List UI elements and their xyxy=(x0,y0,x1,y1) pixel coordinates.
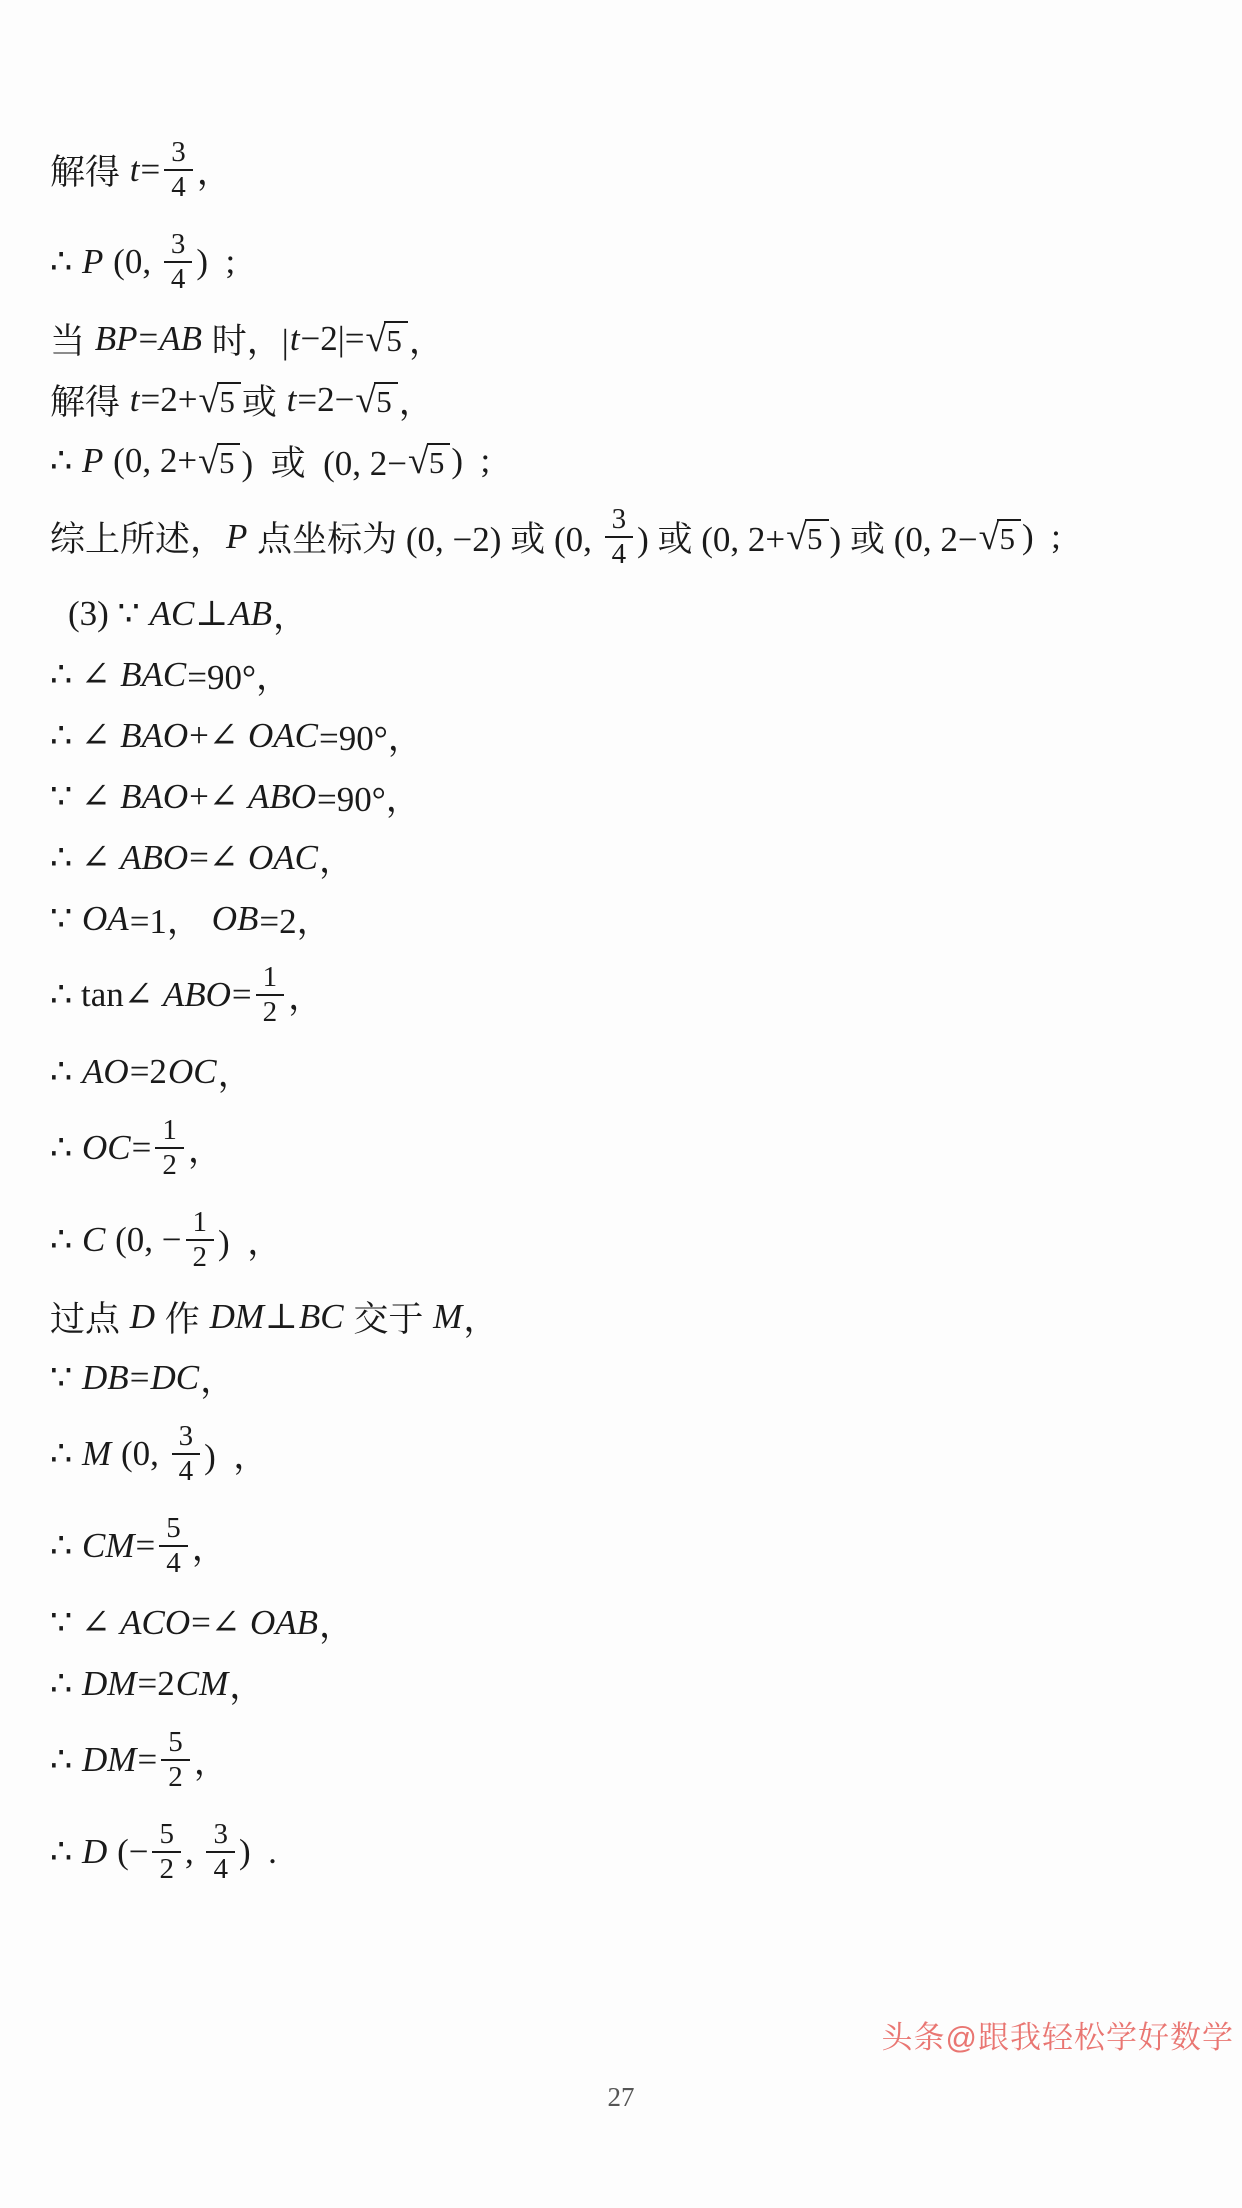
math-variable: M xyxy=(81,1434,112,1474)
solution-text: 解得 t=34，∴ P (0, 34) ;当 BP=AB 时，|t−2|=√5，… xyxy=(50,124,1216,1898)
math-line-construct-dm: 过点 D 作 DM⊥BC 交于 M， xyxy=(50,1286,1216,1347)
math-variable: CM xyxy=(175,1664,230,1704)
text-run: ) ; xyxy=(1022,517,1061,557)
math-variable: ABO xyxy=(119,838,189,878)
text-run: 综上所述， xyxy=(50,512,225,562)
fraction-numerator: 3 xyxy=(164,137,193,171)
fraction: 12 xyxy=(186,1207,215,1274)
text-run: ， xyxy=(192,1521,227,1571)
text-run: (0, 2+ xyxy=(104,441,197,481)
fraction-denominator: 4 xyxy=(612,538,627,570)
fraction-denominator: 2 xyxy=(159,1853,174,1885)
math-variable: OC xyxy=(81,1128,132,1168)
watermark: 头条@跟我轻松学好数学 xyxy=(882,2012,1234,2057)
math-line-p-three-quarters: ∴ P (0, 34) ; xyxy=(50,216,1216,308)
radical-sign-icon: √ xyxy=(198,442,219,480)
math-variable: t xyxy=(286,380,298,420)
math-line-point-d: ∴ D (−52, 34) . xyxy=(50,1806,1216,1898)
math-line-db-dc: ∵ DB=DC， xyxy=(50,1347,1216,1408)
math-line-case-bp-ab: 当 BP=AB 时，|t−2|=√5， xyxy=(50,308,1216,369)
math-variable: t xyxy=(129,150,141,190)
math-variable: P xyxy=(225,517,248,557)
fraction-numerator: 3 xyxy=(605,504,634,538)
math-line-oc-half: ∴ OC=12， xyxy=(50,1102,1216,1194)
fraction-denominator: 4 xyxy=(179,1455,194,1487)
text-run: ， xyxy=(399,375,434,425)
math-line-p-sqrt-points: ∴ P (0, 2+√5) 或 (0, 2−√5) ; xyxy=(50,430,1216,491)
fraction-denominator: 4 xyxy=(213,1853,228,1885)
text-run: , xyxy=(185,1832,203,1872)
text-run: 点坐标为 (0, −2) 或 (0, xyxy=(248,512,600,562)
text-run: 解得 xyxy=(50,375,129,425)
text-run: ∴ xyxy=(50,1434,81,1474)
text-run: =90°， xyxy=(187,650,291,700)
radicand: 5 xyxy=(374,382,398,420)
text-run: =2− xyxy=(297,380,354,420)
text-run: ∵ ∠ xyxy=(50,1603,119,1643)
math-variable: D xyxy=(129,1297,156,1337)
text-run: ， xyxy=(200,1353,235,1403)
text-run: ∴ xyxy=(50,1740,81,1780)
text-run: 解得 xyxy=(50,145,129,195)
text-run: ∴ xyxy=(50,1526,81,1566)
text-run: =2， xyxy=(259,894,331,944)
square-root: √5 xyxy=(198,380,240,420)
math-line-angle-bac: ∴ ∠ BAC=90°， xyxy=(50,644,1216,705)
fraction-denominator: 2 xyxy=(193,1241,208,1273)
square-root: √5 xyxy=(366,319,408,359)
fraction-numerator: 1 xyxy=(186,1207,215,1241)
square-root: √5 xyxy=(786,517,828,557)
text-run: ， xyxy=(319,833,354,883)
math-variable: P xyxy=(81,242,104,282)
text-run: ， xyxy=(218,1047,253,1097)
math-variable: BAO xyxy=(119,777,189,817)
text-run: = xyxy=(232,975,252,1015)
text-run: =1， xyxy=(130,894,211,944)
math-variable: DM xyxy=(81,1740,137,1780)
math-line-ao-2oc: ∴ AO=2OC， xyxy=(50,1041,1216,1102)
text-run: ， xyxy=(194,1735,229,1785)
fraction-denominator: 2 xyxy=(263,996,278,1028)
radical-sign-icon: √ xyxy=(979,518,1000,556)
text-run: (3) ∵ xyxy=(68,594,149,634)
math-variable: DM xyxy=(209,1297,265,1337)
math-variable: OC xyxy=(167,1052,218,1092)
text-run: ) 或 (0, 2− xyxy=(241,436,407,486)
square-root: √5 xyxy=(979,517,1021,557)
math-line-abo-eq-oac: ∴ ∠ ABO=∠ OAC， xyxy=(50,827,1216,888)
math-variable: DM xyxy=(81,1664,137,1704)
text-run: = xyxy=(137,1740,157,1780)
radicand: 5 xyxy=(427,443,451,481)
text-run: ∴ xyxy=(50,1128,81,1168)
math-line-bao-abo-90: ∵ ∠ BAO+∠ ABO=90°， xyxy=(50,766,1216,827)
text-run: = xyxy=(139,319,159,359)
math-line-solve-t: 解得 t=34， xyxy=(50,124,1216,216)
math-variable: CM xyxy=(81,1526,136,1566)
text-run: ∴ tan∠ xyxy=(50,975,162,1015)
math-line-dm-value: ∴ DM=52， xyxy=(50,1714,1216,1806)
document-page: 解得 t=34，∴ P (0, 34) ;当 BP=AB 时，|t−2|=√5，… xyxy=(0,0,1242,2208)
fraction: 52 xyxy=(152,1819,181,1886)
text-run: +∠ xyxy=(189,777,247,817)
math-variable: BAC xyxy=(119,655,187,695)
math-variable: M xyxy=(432,1297,463,1337)
text-run: +∠ xyxy=(189,716,247,756)
math-variable: OAC xyxy=(247,838,319,878)
fraction: 34 xyxy=(605,504,634,571)
fraction: 12 xyxy=(256,962,285,1029)
radical-sign-icon: √ xyxy=(366,320,387,358)
square-root: √5 xyxy=(408,441,450,481)
text-run: =2 xyxy=(137,1664,174,1704)
radicand: 5 xyxy=(805,519,829,557)
square-root: √5 xyxy=(198,441,240,481)
text-run: =2+ xyxy=(141,380,198,420)
text-run: (0, xyxy=(112,1434,167,1474)
math-line-aco-oab: ∵ ∠ ACO=∠ OAB， xyxy=(50,1592,1216,1653)
text-run: ， xyxy=(188,1123,223,1173)
fraction-numerator: 1 xyxy=(256,962,285,996)
fraction-denominator: 4 xyxy=(171,263,186,295)
math-variable: DC xyxy=(149,1358,200,1398)
fraction: 34 xyxy=(172,1421,201,1488)
math-variable: P xyxy=(81,441,104,481)
text-run: ， xyxy=(409,314,444,364)
text-run: =2 xyxy=(130,1052,167,1092)
fraction: 54 xyxy=(159,1513,188,1580)
radicand: 5 xyxy=(997,519,1021,557)
text-run: = xyxy=(130,1358,150,1398)
radical-sign-icon: √ xyxy=(408,442,429,480)
text-run: ， xyxy=(288,970,323,1020)
text-run: ， xyxy=(197,145,232,195)
math-variable: OAB xyxy=(249,1603,319,1643)
text-run: 或 xyxy=(242,375,286,425)
fraction: 34 xyxy=(164,137,193,204)
text-run: −2|= xyxy=(301,319,365,359)
text-run: 当 xyxy=(50,314,94,364)
text-run: ∴ xyxy=(50,1052,81,1092)
fraction-numerator: 3 xyxy=(206,1819,235,1853)
text-run: ) ; xyxy=(196,242,235,282)
fraction-numerator: 3 xyxy=(172,1421,201,1455)
text-run: ) 或 (0, 2+ xyxy=(637,512,785,562)
fraction-denominator: 2 xyxy=(168,1761,183,1793)
fraction: 34 xyxy=(206,1819,235,1886)
text-run: ， xyxy=(319,1598,354,1648)
fraction-numerator: 3 xyxy=(164,229,193,263)
page-number: 27 xyxy=(0,2082,1242,2113)
text-run: = xyxy=(132,1128,152,1168)
math-variable: AB xyxy=(228,594,273,634)
fraction-numerator: 5 xyxy=(161,1727,190,1761)
text-run: ∵ xyxy=(50,899,81,939)
fraction: 52 xyxy=(161,1727,190,1794)
text-run: ， xyxy=(463,1292,498,1342)
text-run: ， xyxy=(273,589,308,639)
text-run: ∴ ∠ xyxy=(50,655,119,695)
math-variable: OA xyxy=(81,899,130,939)
fraction: 12 xyxy=(155,1115,184,1182)
text-run: ∵ xyxy=(50,1358,81,1398)
math-variable: OAC xyxy=(247,716,319,756)
text-run: ∴ xyxy=(50,1664,81,1704)
text-run: = xyxy=(136,1526,156,1566)
math-variable: t xyxy=(289,319,301,359)
text-run: (0, − xyxy=(106,1220,181,1260)
math-variable: t xyxy=(129,380,141,420)
text-run: ⊥ xyxy=(195,594,228,634)
fraction-numerator: 1 xyxy=(155,1115,184,1149)
text-run: =90°， xyxy=(317,772,421,822)
math-line-cm-value: ∴ CM=54， xyxy=(50,1500,1216,1592)
fraction-numerator: 5 xyxy=(159,1513,188,1547)
radical-sign-icon: √ xyxy=(786,518,807,556)
math-variable: BP xyxy=(94,319,139,359)
text-run: ， xyxy=(229,1659,264,1709)
fraction-denominator: 4 xyxy=(166,1547,181,1579)
radicand: 5 xyxy=(217,443,241,481)
math-variable: BAO xyxy=(119,716,189,756)
math-variable: AO xyxy=(81,1052,130,1092)
math-variable: ABO xyxy=(247,777,317,817)
math-variable: ACO xyxy=(119,1603,191,1643)
math-variable: BC xyxy=(298,1297,345,1337)
math-variable: ABO xyxy=(162,975,232,1015)
math-variable: D xyxy=(81,1832,108,1872)
text-run: ∴ xyxy=(50,1220,81,1260)
text-run: =∠ xyxy=(191,1603,249,1643)
text-run: ) 或 (0, 2− xyxy=(830,512,978,562)
text-run: =∠ xyxy=(189,838,247,878)
math-line-dm-2cm: ∴ DM=2CM， xyxy=(50,1653,1216,1714)
text-run: = xyxy=(141,150,161,190)
fraction-numerator: 5 xyxy=(152,1819,181,1853)
math-line-summary: 综上所述，P 点坐标为 (0, −2) 或 (0, 34) 或 (0, 2+√5… xyxy=(50,491,1216,583)
text-run: ∴ xyxy=(50,1832,81,1872)
text-run: ∴ xyxy=(50,441,81,481)
math-line-bao-oac-90: ∴ ∠ BAO+∠ OAC=90°， xyxy=(50,705,1216,766)
square-root: √5 xyxy=(355,380,397,420)
text-run: ∴ ∠ xyxy=(50,716,119,756)
math-variable: AC xyxy=(149,594,196,634)
text-run: ) . xyxy=(239,1832,277,1872)
radical-sign-icon: √ xyxy=(355,381,376,419)
math-line-tan-abo: ∴ tan∠ ABO=12， xyxy=(50,949,1216,1041)
fraction-denominator: 2 xyxy=(162,1149,177,1181)
text-run: 作 xyxy=(156,1292,209,1342)
math-variable: DB xyxy=(81,1358,130,1398)
math-variable: C xyxy=(81,1220,106,1260)
math-line-point-m: ∴ M (0, 34) ， xyxy=(50,1408,1216,1500)
math-variable: OB xyxy=(211,899,260,939)
math-line-solve-t-sqrt: 解得 t=2+√5或 t=2−√5， xyxy=(50,369,1216,430)
fraction: 34 xyxy=(164,229,193,296)
math-line-oa-ob-values: ∵ OA=1， OB=2， xyxy=(50,888,1216,949)
math-variable: AB xyxy=(158,319,203,359)
text-run: (0, xyxy=(104,242,159,282)
radical-sign-icon: √ xyxy=(198,381,219,419)
text-run: 时，| xyxy=(203,314,289,364)
text-run: ∴ ∠ xyxy=(50,838,119,878)
math-line-point-c: ∴ C (0, −12) ， xyxy=(50,1194,1216,1286)
text-run: ∴ xyxy=(50,242,81,282)
text-run: =90°， xyxy=(319,711,423,761)
radicand: 5 xyxy=(217,382,241,420)
fraction-denominator: 4 xyxy=(171,171,186,203)
text-run: ) ， xyxy=(218,1215,282,1265)
text-run: ) ， xyxy=(204,1429,268,1479)
text-run: (− xyxy=(108,1832,148,1872)
text-run: ) ; xyxy=(451,441,490,481)
text-run: ⊥ xyxy=(265,1297,298,1337)
math-line-part3-given: (3) ∵ AC⊥AB， xyxy=(50,583,1216,644)
text-run: ∵ ∠ xyxy=(50,777,119,817)
text-run: 过点 xyxy=(50,1292,129,1342)
radicand: 5 xyxy=(384,321,408,359)
text-run: 交于 xyxy=(345,1292,433,1342)
